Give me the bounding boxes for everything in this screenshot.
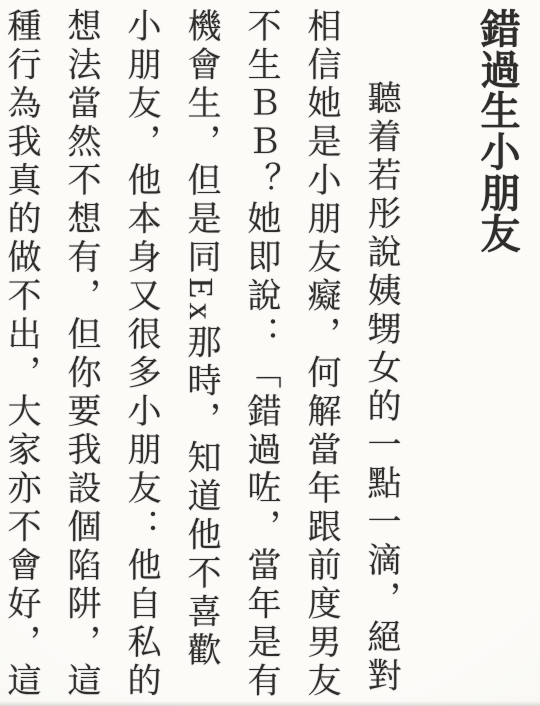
article-column-4: 機會生，但是同Ex那時，知道他不喜歡 bbox=[170, 8, 230, 706]
article-column-6: 想法當然不想有，但你要我設個陷阱，這 bbox=[50, 8, 110, 706]
article-column-3: 不生ＢＢ？她即說：「錯過咗，當年是有 bbox=[230, 8, 290, 706]
article-column-7: 種行為我真的做不出，大家亦不會好，這 bbox=[0, 8, 50, 706]
article-column-1: 聽着若彤說姨甥女的一點一滴，絕對 bbox=[350, 8, 410, 706]
article-column-5: 小朋友，他本身又很多小朋友：他自私的 bbox=[110, 8, 170, 706]
scanned-article-page: 錯過生小朋友 聽着若彤說姨甥女的一點一滴，絕對 相信她是小朋友癡，何解當年跟前度… bbox=[0, 0, 540, 706]
article-title: 錯過生小朋友 bbox=[474, 8, 520, 706]
article-column-2: 相信她是小朋友癡，何解當年跟前度男友 bbox=[290, 8, 350, 706]
article-body: 錯過生小朋友 聽着若彤說姨甥女的一點一滴，絕對 相信她是小朋友癡，何解當年跟前度… bbox=[0, 0, 540, 706]
